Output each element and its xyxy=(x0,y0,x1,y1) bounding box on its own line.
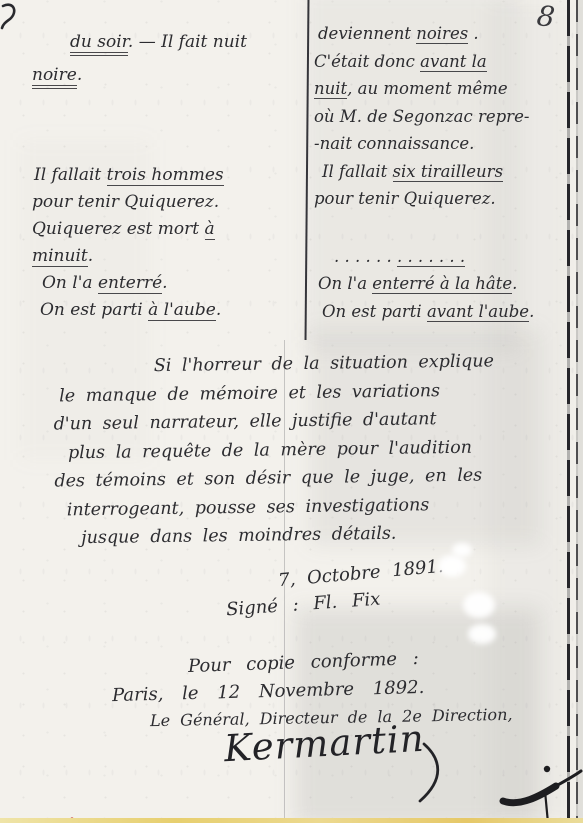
text-segment: d'un seul narrateur, elle justifie d'aut… xyxy=(53,409,436,434)
text-segment: le manque de mémoire et les variations xyxy=(59,381,440,406)
text-segment: avant la xyxy=(420,52,487,72)
text-segment: . xyxy=(529,302,534,321)
handwritten-line: deviennent noires . xyxy=(314,20,572,48)
text-segment: Il fallait xyxy=(322,162,393,181)
text-segment: où M. de Segonzac repre- xyxy=(314,107,529,126)
text-segment: . . . . . . . xyxy=(397,247,465,267)
text-segment: -nait connaissance. xyxy=(314,134,474,153)
text-segment: six tirailleurs xyxy=(393,162,504,182)
text-segment: . xyxy=(162,273,167,293)
handwriting-layer: 8 du soir. — Il fait nuitnoire.Il fallai… xyxy=(0,0,583,823)
text-segment: pour tenir Quiquerez. xyxy=(32,192,219,212)
text-segment: pour tenir Quiquerez. xyxy=(314,189,496,208)
handwritten-line: C'était donc avant la xyxy=(314,48,572,76)
text-segment: Quiquerez est mort xyxy=(32,219,205,239)
handwritten-line: Il fallait six tirailleurs xyxy=(314,158,572,186)
text-segment: On est parti xyxy=(322,302,427,321)
text-segment: à xyxy=(205,219,215,240)
text-segment: On est parti xyxy=(40,300,148,320)
text-segment: deviennent xyxy=(318,24,416,43)
text-block: . . . . . . . . . . . . .On l'a enterré … xyxy=(314,243,572,326)
handwritten-line: On l'a enterré à la hâte. xyxy=(314,270,572,298)
text-segment: . xyxy=(512,274,517,293)
handwritten-line: On l'a enterré. xyxy=(32,270,302,297)
text-segment: . xyxy=(77,65,82,85)
handwritten-line: jusque dans les moindres détails. xyxy=(51,517,561,553)
text-segment: à l'aube xyxy=(148,300,216,321)
text-segment: enterré xyxy=(98,273,162,294)
text-segment: jusque dans les moindres détails. xyxy=(81,524,396,548)
text-segment: plus la requête de la mère pour l'auditi… xyxy=(68,437,472,463)
text-segment: enterré à la hâte xyxy=(372,274,512,294)
handwritten-line: -nait connaissance. xyxy=(314,130,572,158)
handwritten-line: On est parti avant l'aube. xyxy=(314,298,572,326)
text-block: Si l'horreur de la situation expliquele … xyxy=(49,346,562,553)
handwritten-line: On est parti à l'aube. xyxy=(32,297,302,324)
handwritten-line: Il fallait trois hommes xyxy=(32,162,302,189)
text-segment: . — Il fait nuit xyxy=(128,32,247,52)
text-segment: C'était donc xyxy=(314,52,420,71)
text-segment: du soir xyxy=(70,32,128,56)
handwritten-line: . . . . . . . . . . . . . xyxy=(314,243,572,271)
text-segment: , au moment même xyxy=(347,79,508,98)
text-segment: . xyxy=(88,246,93,266)
handwritten-line: où M. de Segonzac repre- xyxy=(314,103,572,131)
scanned-document-page: 8 du soir. — Il fait nuitnoire.Il fallai… xyxy=(0,0,583,823)
text-segment: nuit xyxy=(314,79,347,99)
text-segment: On l'a xyxy=(42,273,98,293)
text-segment: noire xyxy=(32,65,77,89)
handwritten-line: Quiquerez est mort à xyxy=(32,216,302,243)
text-block: Il fallait trois hommespour tenir Quique… xyxy=(32,162,302,324)
text-segment: . xyxy=(468,24,479,43)
testimony-column-left: du soir. — Il fait nuitnoire.Il fallait … xyxy=(32,26,302,324)
text-segment: trois hommes xyxy=(107,165,224,186)
text-segment: interrogeant, pousse ses investigations xyxy=(67,495,430,520)
text-segment: . . . . . . xyxy=(334,247,397,266)
text-segment: des témoins et son désir que le juge, en… xyxy=(54,466,482,492)
testimony-column-right: deviennent noires .C'était donc avant la… xyxy=(314,20,572,325)
text-segment: Il fallait xyxy=(34,165,107,185)
handwritten-line: noire. xyxy=(32,59,302,92)
handwritten-line: du soir. — Il fait nuit xyxy=(32,26,302,59)
text-segment: noires xyxy=(416,24,468,44)
text-segment: . xyxy=(216,300,221,320)
original-signed-line: Signé : Fl. Fix xyxy=(225,589,381,621)
handwritten-line: pour tenir Quiquerez. xyxy=(32,189,302,216)
certification-date-line: Paris, le 12 Novembre 1892. xyxy=(112,677,425,706)
commentary-paragraph: Si l'horreur de la situation expliquele … xyxy=(49,346,562,553)
signature-kermartin: Kermartin xyxy=(223,717,426,770)
text-segment: avant l'aube xyxy=(427,302,529,322)
original-date-line: 7, Octobre 1891. xyxy=(277,556,444,591)
certified-copy-line: Pour copie conforme : xyxy=(188,648,419,677)
text-segment: On l'a xyxy=(318,274,372,293)
text-block: du soir. — Il fait nuitnoire. xyxy=(32,26,302,92)
text-segment: Si l'horreur de la situation explique xyxy=(154,351,494,376)
handwritten-line: nuit, au moment même xyxy=(314,75,572,103)
handwritten-line: minuit. xyxy=(32,243,302,270)
handwritten-line: pour tenir Quiquerez. xyxy=(314,185,572,213)
text-segment: minuit xyxy=(32,246,88,267)
scan-bottom-edge-strip xyxy=(0,818,583,823)
text-block: deviennent noires .C'était donc avant la… xyxy=(314,20,572,213)
